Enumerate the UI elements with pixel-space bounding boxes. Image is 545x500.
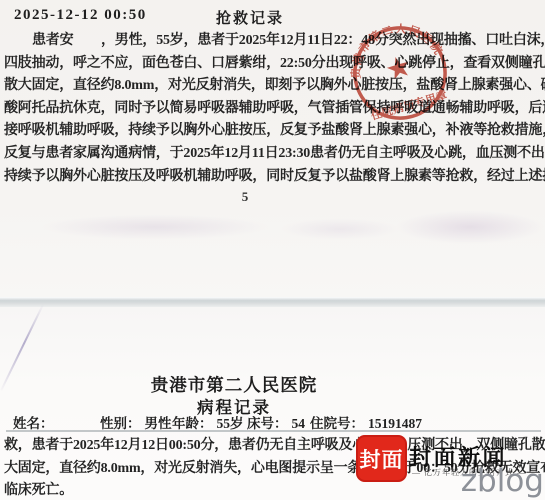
record-line: 散大固定，直径约8.0mm，对光反射消失，即刻予以胸外心脏按压，盐酸肾上腺素强心… (4, 75, 543, 98)
paper-smudge (40, 214, 270, 240)
record-line: 患者安 ，男性，55岁，患者于2025年12月11日22：48分突然出现抽搐、口… (4, 30, 543, 53)
star-icon (385, 54, 412, 81)
record-line: 持续予以胸外心脏按压及呼吸机辅助呼吸，同时反复予以盐酸肾上腺素等抢救，经过上述抢 (4, 166, 543, 189)
rescue-record-page: 2025-12-12 00:50 抢救记录 患者安 ，男性，55岁，患者于202… (0, 0, 545, 299)
field-label: 床号： (247, 416, 288, 431)
paper-smudge (395, 210, 545, 244)
field-label: 年龄： (172, 416, 213, 431)
page-divider (0, 297, 545, 307)
field-label: 住院号： (310, 416, 364, 431)
cover-news-logo-icon: 封面 (356, 435, 407, 482)
cover-news-logo-text: 封面 (360, 444, 404, 474)
field-name: 姓名： (13, 412, 58, 432)
page-number: 5 (0, 189, 490, 205)
field-admission-number: 住院号：15191487 (310, 412, 422, 432)
field-value: 54 (292, 416, 306, 431)
patient-info-row: 姓名： 性别：男性 年龄：55岁 床号：54 住院号：15191487 (0, 412, 545, 430)
field-value: 男性 (145, 416, 172, 431)
rescue-record-text: 患者安 ，男性，55岁，患者于2025年12月11日22：48分突然出现抽搐、口… (4, 30, 543, 188)
field-value: 55岁 (217, 416, 244, 431)
site-watermark: zblog (461, 463, 544, 499)
field-label: 姓名： (13, 416, 54, 431)
field-sex: 性别：男性 (100, 412, 172, 432)
field-value: 15191487 (368, 416, 422, 431)
record-line: 接呼吸机辅助呼吸，持续予以胸外心脏按压，反复予盐酸肾上腺素强心，补液等抢救措施， (4, 120, 543, 143)
field-bed-number: 床号：54 (247, 412, 305, 432)
info-underline (6, 430, 541, 432)
paper-smudge (280, 218, 400, 240)
record-line: 四肢抽动，呼之不应，面色苍白、口唇紫绀，22:50分出现呼吸、心跳停止，查看双侧… (4, 53, 543, 76)
screenshot-root: 2025-12-12 00:50 抢救记录 患者安 ，男性，55岁，患者于202… (0, 0, 545, 500)
field-label: 性别： (100, 416, 141, 431)
record-line: 酸阿托品抗休克，同时予以简易呼吸器辅助呼吸，气管插管保持呼吸道通畅辅助呼吸，后连 (4, 98, 543, 121)
field-age: 年龄：55岁 (172, 412, 244, 432)
record-line: 反复与患者家属沟通病情，于2025年12月11日23:30患者仍无自主呼吸及心跳… (4, 143, 543, 166)
